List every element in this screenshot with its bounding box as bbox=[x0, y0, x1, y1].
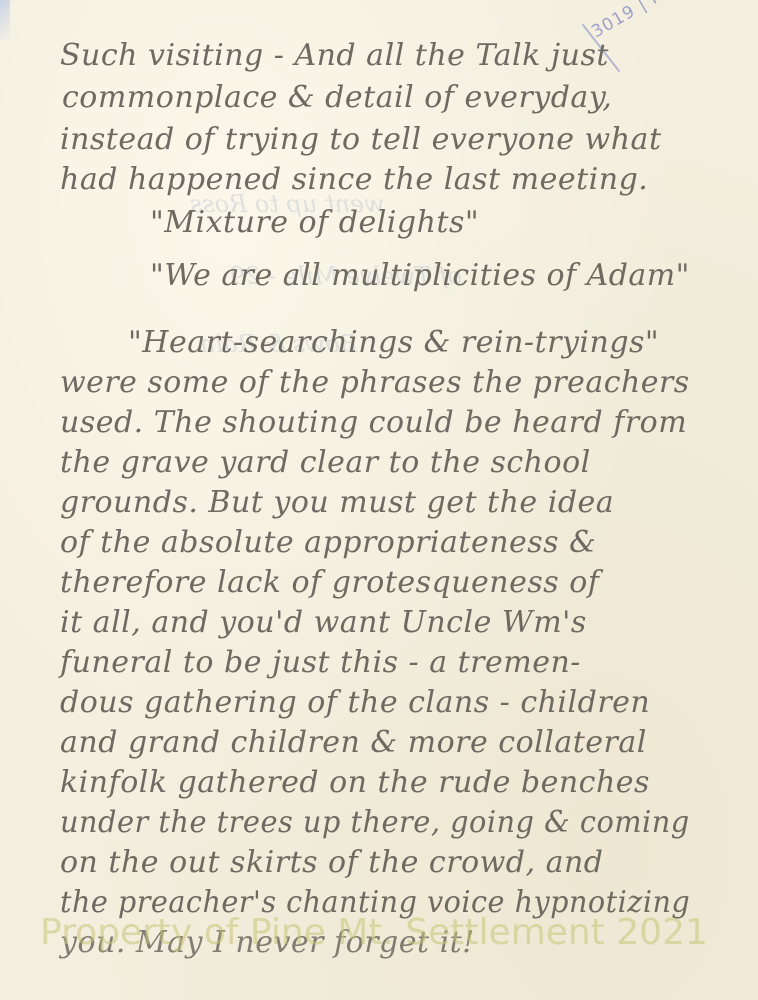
archive-stamp: 3019 | P bbox=[588, 0, 666, 42]
handwritten-line: under the trees up there, going & coming bbox=[60, 805, 690, 840]
handwritten-quote: "We are all multiplicities of Adam" bbox=[150, 258, 690, 293]
handwritten-line: funeral to be just this - a tremen- bbox=[60, 645, 581, 680]
handwritten-line: on the out skirts of the crowd, and bbox=[60, 845, 604, 880]
handwritten-line: dous gathering of the clans - children bbox=[60, 685, 650, 720]
handwritten-line: Such visiting - And all the Talk just bbox=[60, 38, 609, 73]
handwritten-line: it all, and you'd want Uncle Wm's bbox=[60, 605, 587, 640]
handwritten-quote: "Mixture of delights" bbox=[150, 205, 479, 240]
handwritten-line: of the absolute appropriateness & bbox=[60, 525, 596, 560]
handwritten-line: were some of the phrases the preachers bbox=[60, 365, 690, 400]
handwritten-line: and grand children & more collateral bbox=[60, 725, 647, 760]
handwritten-line: the grave yard clear to the school bbox=[60, 445, 591, 480]
handwritten-line: kinfolk gathered on the rude benches bbox=[60, 765, 650, 800]
handwritten-line: used. The shouting could be heard from bbox=[60, 405, 687, 440]
handwritten-line: had happened since the last meeting. bbox=[60, 162, 648, 197]
handwritten-line: instead of trying to tell everyone what bbox=[60, 122, 662, 157]
handwritten-line: commonplace & detail of everyday, bbox=[62, 80, 612, 115]
handwritten-quote: "Heart-searchings & rein-tryings" bbox=[128, 325, 659, 360]
scanned-letter-page: went up to Ross of Twelve Mile - 29 Bows… bbox=[0, 0, 758, 1000]
handwritten-line: grounds. But you must get the idea bbox=[60, 485, 614, 520]
ownership-watermark: Property of Pine Mt. Settlement 2021 bbox=[40, 912, 708, 953]
handwritten-line: therefore lack of grotesqueness of bbox=[60, 565, 599, 600]
paper-corner-shadow bbox=[0, 0, 10, 40]
